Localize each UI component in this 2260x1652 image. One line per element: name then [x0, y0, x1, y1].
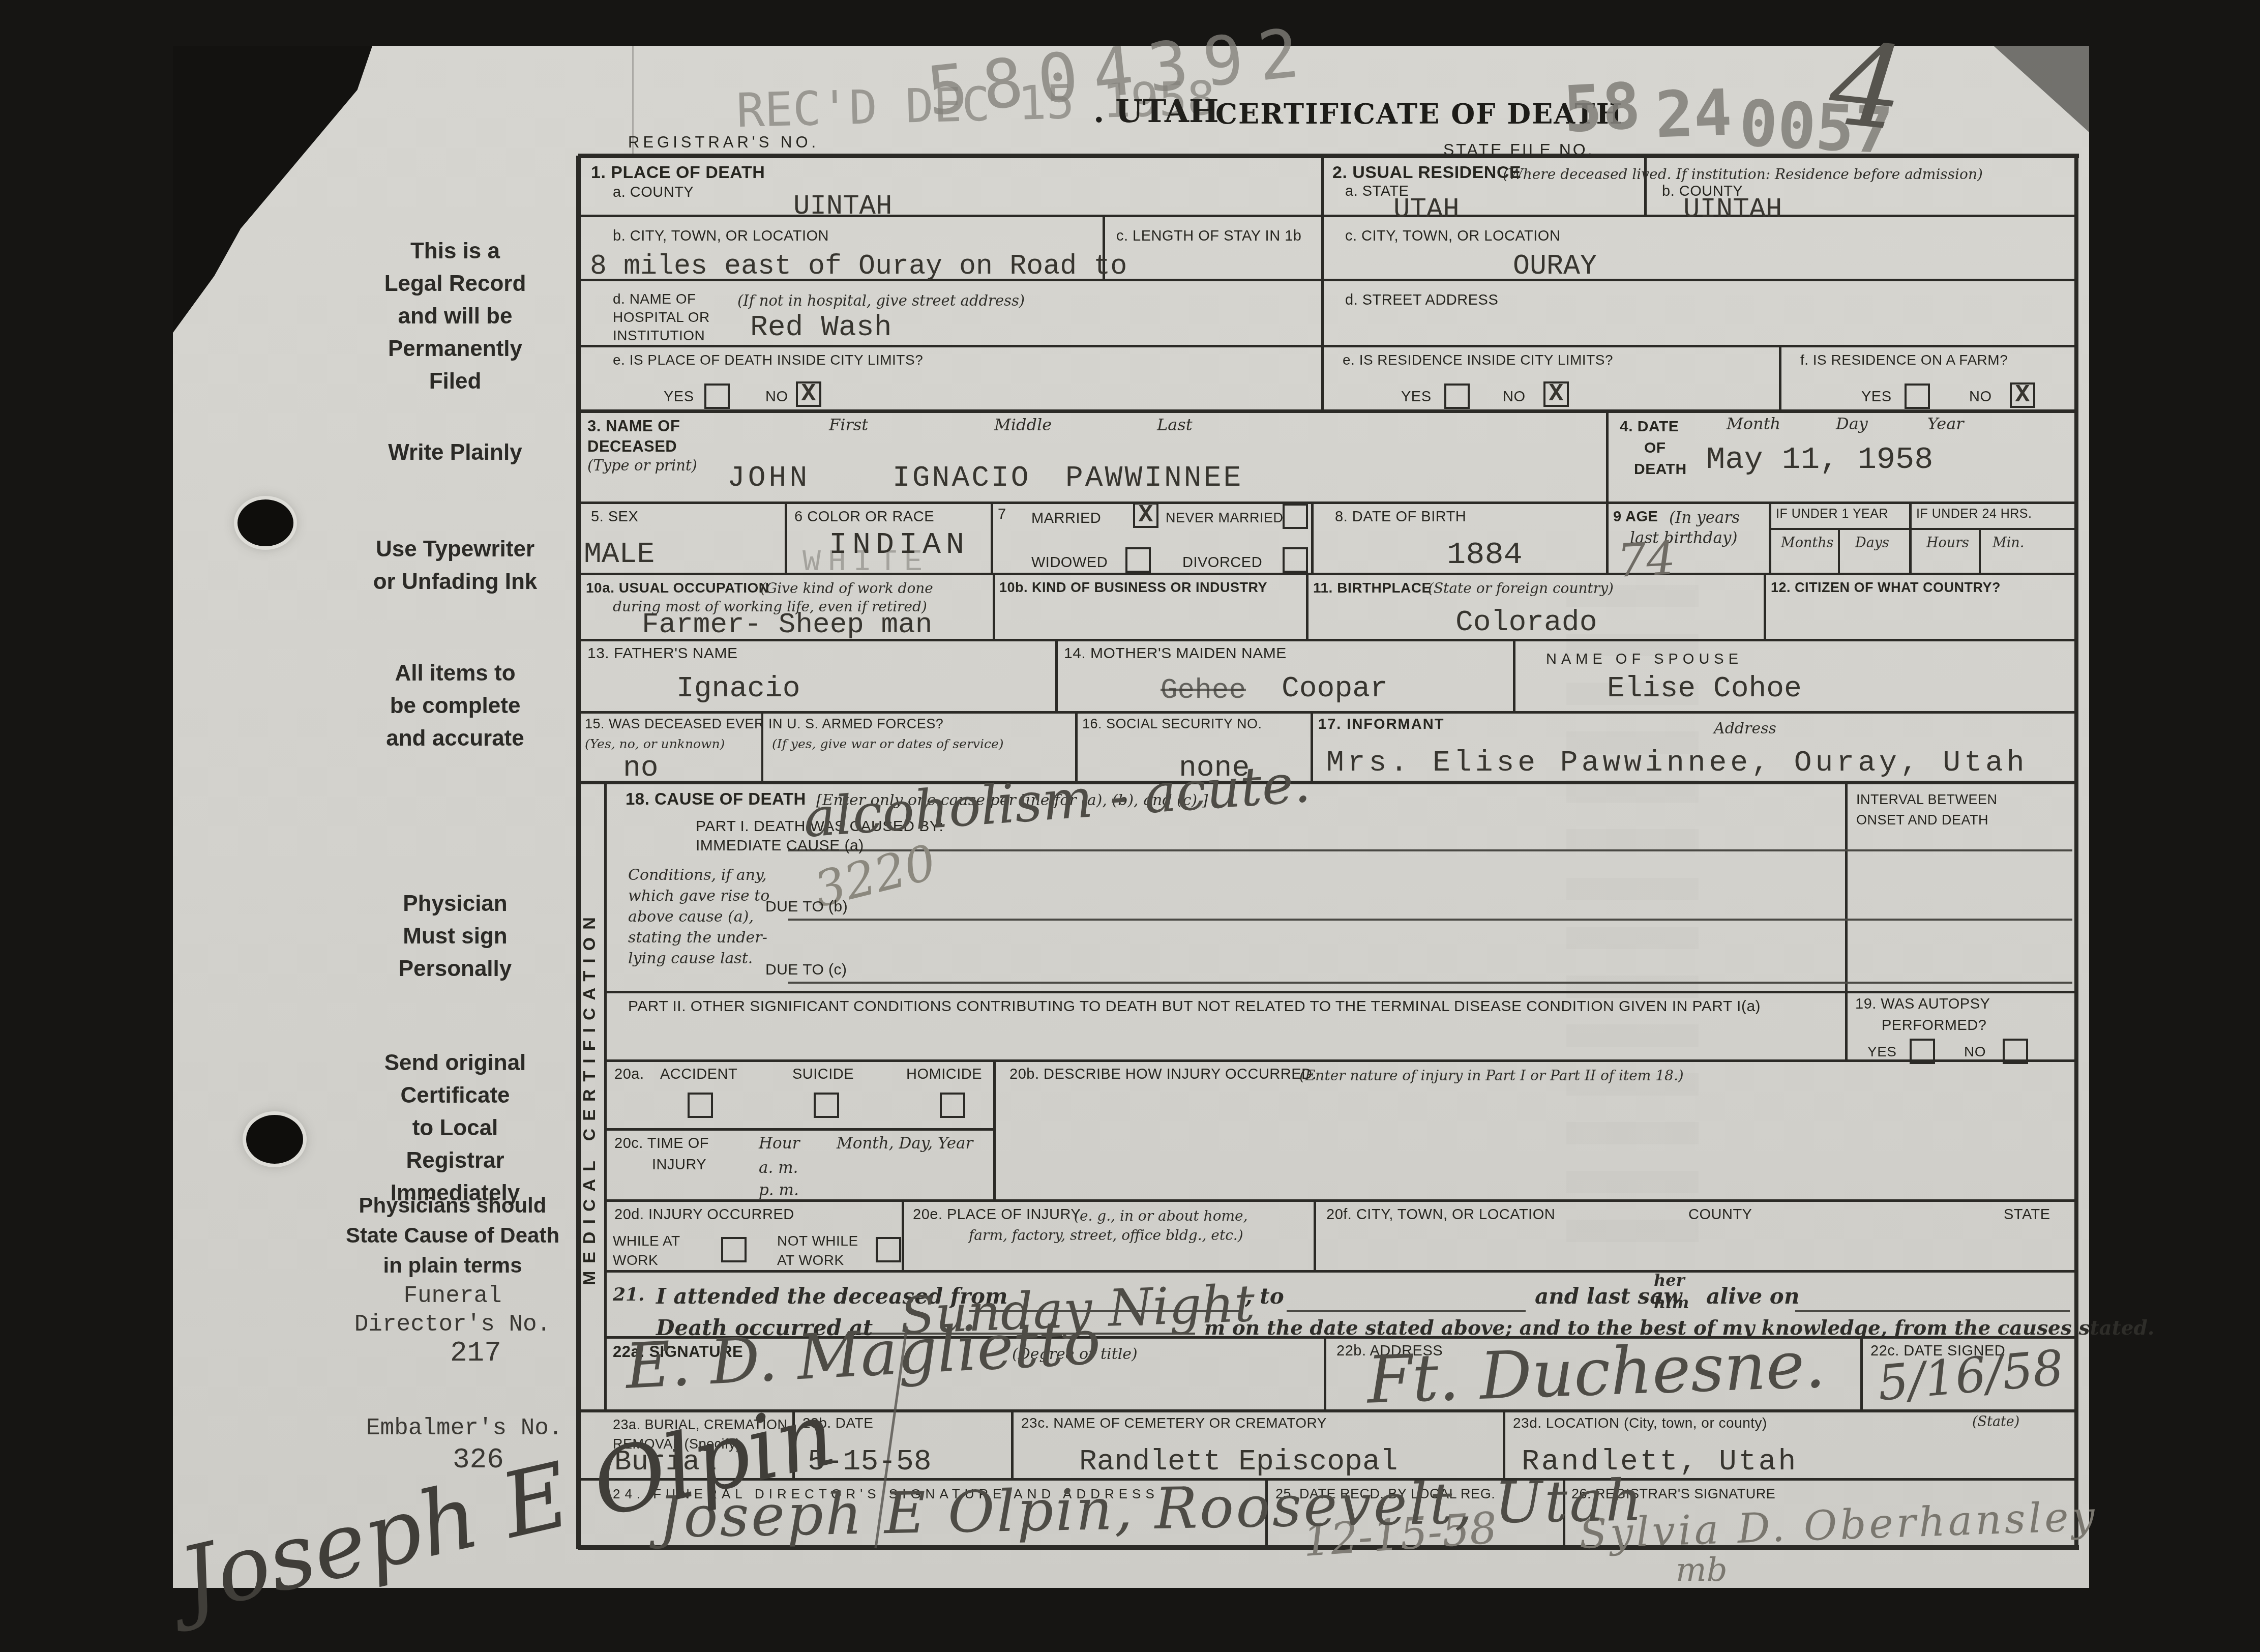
field-20a-number: 20a. [614, 1066, 644, 1083]
field-4-month-label: Month [1727, 414, 1780, 433]
field-23c-label: 23c. NAME OF CEMETERY OR CREMATORY [1021, 1415, 1327, 1431]
field-18-label: 18. CAUSE OF DEATH [626, 789, 806, 809]
field-14-value: Coopar [1282, 672, 1388, 705]
field-20c-am-label: a. m. [759, 1159, 798, 1177]
field-13-label: 13. FATHER'S NAME [587, 645, 737, 662]
field-1a-value: UINTAH [793, 191, 892, 222]
field-2e-label: e. IS RESIDENCE INSIDE CITY LIMITS? [1343, 352, 1613, 368]
field-1e-yes-checkbox [704, 383, 730, 409]
field-1-title: 1. PLACE OF DEATH [591, 163, 765, 183]
field-3-last-label: Last [1157, 415, 1193, 434]
field-7-widowed-label: WIDOWED [1031, 554, 1108, 571]
field-9-value: 74 [1616, 532, 1677, 588]
field-18-due-c-label: DUE TO (c) [765, 961, 847, 979]
field-1b-label: b. CITY, TOWN, OR LOCATION [613, 228, 829, 245]
field-20d-label: 20d. INJURY OCCURRED [614, 1206, 794, 1223]
field-20a-accident-checkbox [688, 1093, 713, 1118]
field-20e-label: 20e. PLACE OF INJURY [913, 1206, 1081, 1223]
field-7-never-checkbox [1283, 504, 1308, 529]
field-4-value: May 11, 1958 [1706, 441, 1933, 478]
field-19-no-checkbox [2003, 1039, 2028, 1064]
field-17-value: Mrs. Elise Pawwinnee, Ouray, Utah [1326, 747, 2028, 780]
field-20c-label-2: INJURY [652, 1157, 706, 1173]
field-7-never-label: NEVER MARRIED [1166, 510, 1284, 526]
field-3-middle-value: IGNACIO [893, 462, 1031, 495]
field-17-label: 17. INFORMANT [1318, 716, 1444, 733]
field-23d-state-hint: (State) [1972, 1414, 2019, 1430]
field-20f-label: 20f. CITY, TOWN, OR LOCATION [1326, 1206, 1555, 1223]
field-20d-while-checkbox [721, 1237, 747, 1262]
field-26-initials: mb [1676, 1551, 1728, 1589]
field-20f-state-label: STATE [2004, 1206, 2050, 1223]
field-23d-label: 23d. LOCATION (City, town, or county) [1513, 1415, 1767, 1431]
medical-certification-strip: MEDICAL CERTIFICATION [580, 786, 605, 1409]
field-3-last-value: PAWWINNEE [1065, 462, 1243, 495]
field-18-interval-label: INTERVAL BETWEEN ONSET AND DEATH [1856, 789, 1998, 830]
field-20d-not-checkbox [876, 1237, 901, 1262]
field-10a-label: 10a. USUAL OCCUPATION [586, 580, 769, 596]
field-18-part2-label: PART II. OTHER SIGNIFICANT CONDITIONS CO… [628, 998, 1761, 1015]
field-9-hint-1: (In years [1669, 509, 1740, 527]
field-4-day-label: Day [1836, 414, 1868, 433]
field-17-address-label: Address [1714, 720, 1776, 737]
field-7-number: 7 [998, 506, 1006, 523]
field-3-first-value: JOHN [727, 462, 810, 495]
field-22b-address-value: Ft. Duchesne. [1366, 1326, 1827, 1418]
field-2-hint: (Where deceased lived. If institution: R… [1503, 166, 1983, 183]
field-20a-homicide-label: HOMICIDE [906, 1066, 982, 1083]
field-20f-county-label: COUNTY [1688, 1206, 1752, 1223]
field-2b-value: UINTAH [1683, 194, 1782, 225]
field-2c-label: c. CITY, TOWN, OR LOCATION [1345, 228, 1560, 245]
field-15-label: 15. WAS DECEASED EVER IN U. S. ARMED FOR… [585, 716, 943, 732]
field-2f-label: f. IS RESIDENCE ON A FARM? [1800, 352, 2008, 368]
field-20b-label: 20b. DESCRIBE HOW INJURY OCCURRED. [1009, 1066, 1317, 1083]
field-21-him-text: him [1654, 1293, 1689, 1312]
field-10a-hint-1: (Give kind of work done [760, 580, 933, 597]
field-1e-no-checkbox: X [796, 381, 821, 407]
field-2f-no-checkbox: X [2010, 382, 2035, 408]
field-15-hint-1: (Yes, no, or unknown) [585, 736, 725, 751]
field-18-due-b-label: DUE TO (b) [765, 898, 848, 916]
field-20c-pm-label: p. m. [759, 1181, 799, 1199]
field-9-under1-label: IF UNDER 1 YEAR [1776, 507, 1888, 521]
field-2e-yes-checkbox [1444, 383, 1470, 409]
field-19-label-1: 19. WAS AUTOPSY [1855, 996, 1990, 1013]
field-20d-not-label-1: NOT WHILE [777, 1233, 858, 1249]
field-6-value: INDIAN [829, 528, 969, 563]
field-12-label: 12. CITIZEN OF WHAT COUNTRY? [1771, 580, 2001, 596]
field-10b-label: 10b. KIND OF BUSINESS OR INDUSTRY [999, 580, 1267, 596]
field-11-value: Colorado [1455, 606, 1597, 639]
field-2a-value: UTAH [1393, 194, 1460, 225]
field-2c-value: OURAY [1513, 250, 1597, 282]
field-3-middle-label: Middle [994, 415, 1052, 434]
field-3-first-label: First [829, 415, 868, 434]
field-1e-yes-label: YES [664, 389, 694, 405]
field-2f-yes-checkbox [1905, 383, 1930, 409]
field-9-days-label: Days [1855, 535, 1889, 551]
field-19-no-label: NO [1964, 1044, 1986, 1060]
field-20e-hint-2: farm, factory, street, office bldg., etc… [969, 1227, 1243, 1244]
field-2d-label: d. STREET ADDRESS [1345, 292, 1498, 309]
field-20d-while-label-2: WORK [613, 1252, 658, 1268]
field-4-label: 4. DATE OF DEATH [1620, 416, 1687, 480]
field-8-value: 1884 [1447, 537, 1523, 573]
field-2f-yes-label: YES [1861, 389, 1892, 405]
field-2e-no-label: NO [1503, 389, 1526, 405]
field-20a-suicide-checkbox [814, 1093, 839, 1118]
field-1d-label: d. NAME OF HOSPITAL OR INSTITUTION [613, 290, 710, 345]
field-21-alive-text: alive on [1706, 1284, 1799, 1309]
field-1c-label: c. LENGTH OF STAY IN 1b [1116, 228, 1301, 245]
field-1e-no-label: NO [765, 389, 788, 405]
field-9-label: 9 AGE [1613, 509, 1658, 525]
field-1d-value: Red Wash [750, 311, 891, 344]
field-7-married-label: MARRIED [1031, 510, 1101, 527]
field-21-number: 21. [613, 1284, 645, 1305]
field-10a-value: Farmer- Sheep man [642, 608, 932, 641]
field-21-her-text: her [1654, 1271, 1684, 1290]
field-8-label: 8. DATE OF BIRTH [1335, 509, 1466, 525]
field-9-under24-label: IF UNDER 24 HRS. [1916, 507, 2032, 521]
field-13-value: Ignacio [676, 672, 800, 705]
field-spouse-label: NAME OF SPOUSE [1546, 651, 1743, 668]
field-18-conditions-label: Conditions, if any, which gave rise to a… [628, 865, 781, 969]
field-20c-mdy-label: Month, Day, Year [837, 1134, 973, 1153]
field-19-label-2: PERFORMED? [1882, 1017, 1986, 1034]
field-4-year-label: Year [1927, 414, 1964, 433]
field-2f-no-label: NO [1969, 389, 1992, 405]
field-7-divorced-checkbox [1283, 547, 1308, 573]
field-9-min-label: Min. [1993, 535, 2024, 551]
field-11-label: 11. BIRTHPLACE [1313, 580, 1432, 596]
field-20c-hour-label: Hour [759, 1134, 799, 1153]
field-1d-hint: (If not in hospital, give street address… [737, 292, 1025, 309]
field-20b-hint: (Enter nature of injury in Part I or Par… [1299, 1067, 1684, 1084]
field-2e-no-checkbox: X [1543, 381, 1569, 407]
field-20d-while-label-1: WHILE AT [613, 1233, 680, 1249]
field-20d-not-label-2: AT WORK [777, 1252, 844, 1268]
field-19-yes-label: YES [1867, 1044, 1897, 1060]
scanned-death-certificate: REC'D DEC 15 1958 5 8 0 4 3 9 2 REGISTRA… [0, 0, 2260, 1652]
field-5-label: 5. SEX [591, 509, 638, 525]
field-2-title: 2. USUAL RESIDENCE [1332, 163, 1521, 183]
field-9-months-label: Months [1781, 535, 1833, 551]
field-14-label: 14. MOTHER'S MAIDEN NAME [1064, 645, 1287, 662]
field-1b-value: 8 miles east of Ouray on Road to [590, 250, 1127, 282]
field-1e-label: e. IS PLACE OF DEATH INSIDE CITY LIMITS? [613, 352, 923, 368]
field-11-hint: (State or foreign country) [1428, 580, 1614, 597]
field-7-widowed-checkbox [1125, 547, 1151, 573]
field-7-married-checkbox: X [1133, 503, 1158, 528]
field-15-hint-2: (If yes, give war or dates of service) [772, 736, 1004, 751]
field-6-label: 6 COLOR OR RACE [794, 509, 934, 525]
field-5-value: MALE [584, 538, 655, 571]
field-14-struck-value: Gehee [1161, 674, 1246, 706]
field-spouse-value: Elise Cohoe [1607, 672, 1802, 705]
field-19-yes-checkbox [1910, 1039, 1935, 1064]
field-15-value: no [623, 752, 659, 785]
field-7-divorced-label: DIVORCED [1182, 554, 1262, 571]
field-2e-yes-label: YES [1401, 389, 1432, 405]
field-3-hint: (Type or print) [587, 457, 697, 474]
field-20a-suicide-label: SUICIDE [792, 1066, 854, 1083]
field-1a-label: a. COUNTY [613, 184, 694, 201]
field-16-label: 16. SOCIAL SECURITY NO. [1082, 716, 1262, 732]
field-20a-accident-label: ACCIDENT [660, 1066, 737, 1083]
field-3-label: 3. NAME OF DECEASED [587, 416, 680, 457]
field-20e-hint-1: (e. g., in or about home, [1074, 1207, 1248, 1224]
field-20c-label-1: 20c. TIME OF [614, 1135, 709, 1152]
field-20a-homicide-checkbox [940, 1093, 965, 1118]
field-9-hours-label: Hours [1926, 535, 1969, 551]
